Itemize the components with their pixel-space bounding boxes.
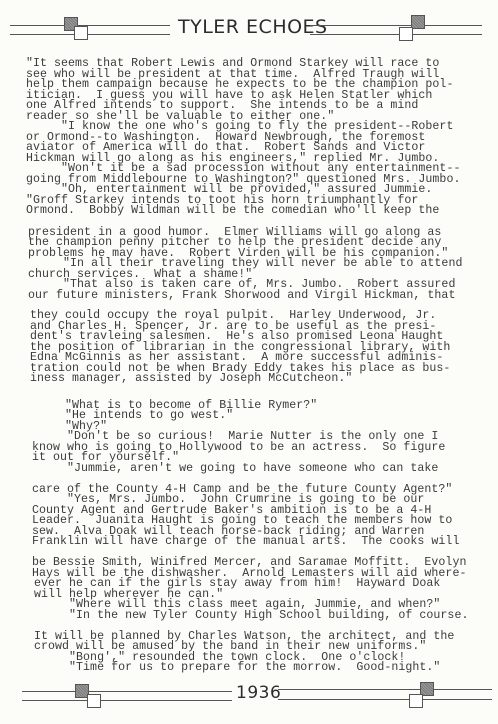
ornament-square-light-left [74,26,88,40]
ornament-square-dark-right [411,15,425,29]
footer-rule-right-top [278,689,492,690]
document-page: TYLER ECHOES "It seems that Robert Lewis… [0,0,498,724]
ornament-square-light-right [409,694,423,708]
header-rule-left-top [10,25,170,26]
text-line: Ormond. Bobby Wildman will be the comedi… [26,205,439,216]
header-rule-right-top [310,25,482,26]
text-line: Franklin will have charge of the manual … [32,536,459,547]
ornament-square-light-left [87,694,101,708]
footer-banner: 1936 [0,683,498,713]
text-line: "In the new Tyler County High School bui… [34,610,468,621]
footer-rule-left-bottom [22,700,232,701]
header-banner: TYLER ECHOES [0,14,498,44]
footer-rule-right-bottom [278,699,492,700]
text-line: iness manager, assisted by Joseph McCutc… [30,373,352,384]
ornament-square-light-right [399,27,413,41]
text-line: "Jummie, aren't we going to have someone… [32,463,438,474]
publication-title: TYLER ECHOES [176,16,330,38]
header-rule-right-bottom [310,34,482,35]
text-line: our future ministers, Frank Shorwood and… [28,290,455,301]
footer-rule-left-top [22,691,232,692]
publication-year: 1936 [234,683,283,703]
header-rule-left-bottom [10,34,170,35]
text-line: "Time for us to prepare for the morrow. … [34,662,440,673]
